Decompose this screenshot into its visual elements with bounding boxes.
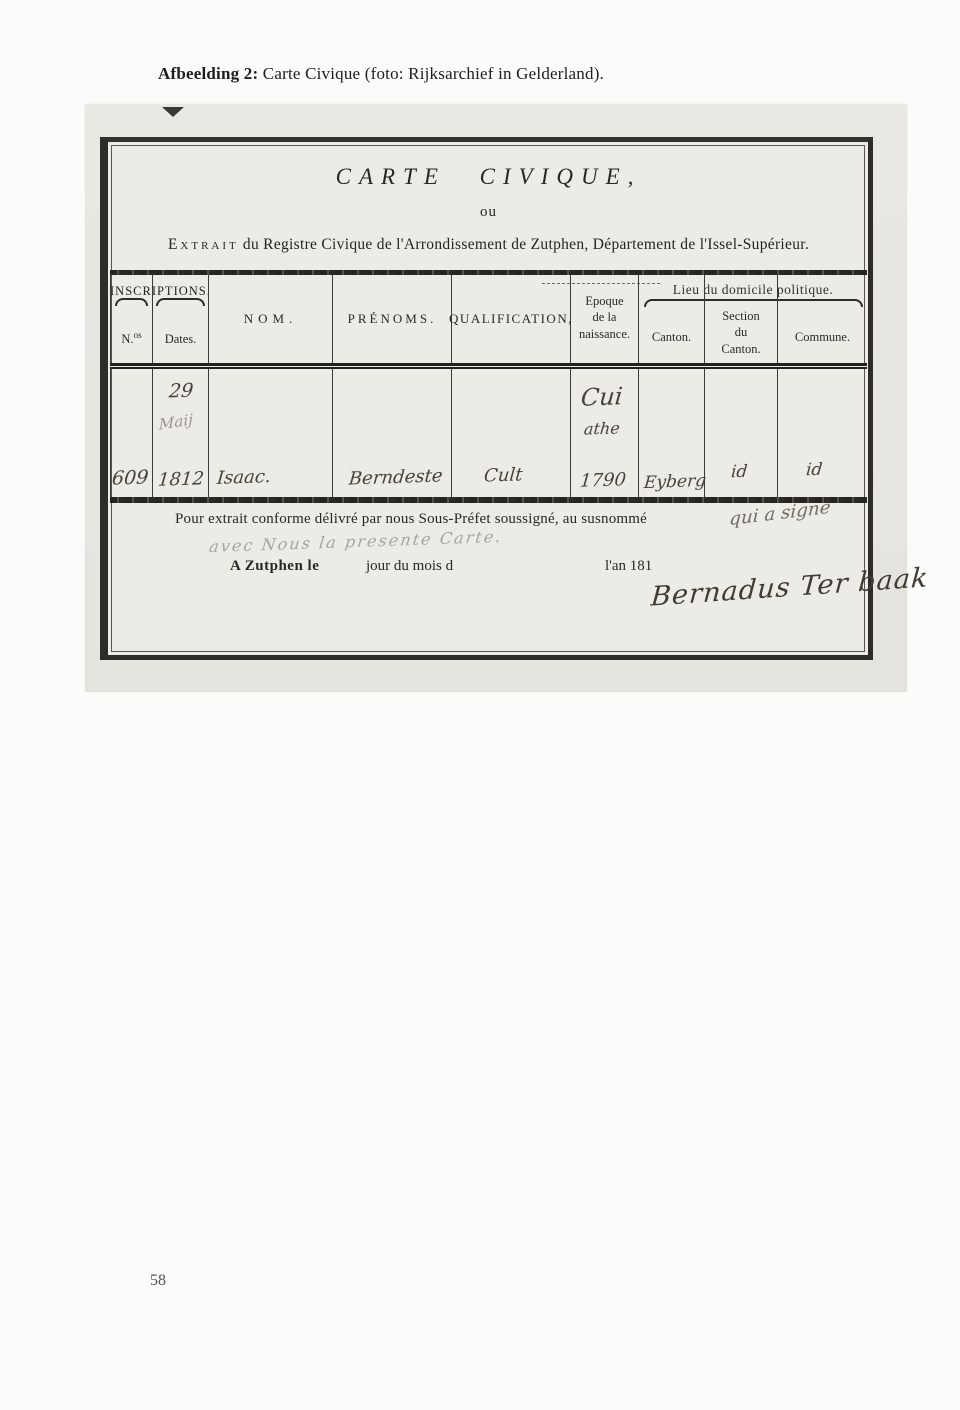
- handwritten-epoque-note-2: athe: [583, 420, 620, 437]
- document-title: CARTE CIVIQUE,: [108, 164, 849, 190]
- page-number: 58: [150, 1272, 166, 1290]
- handwritten-epoque-note-1: Cui: [580, 384, 624, 409]
- handwritten-day: 29: [168, 382, 194, 402]
- handwritten-signature: Bernadus Ter baak: [650, 564, 929, 610]
- registry-table: INSCRIPTIONS. Lieu du domicile politique…: [110, 270, 867, 503]
- table-header-row: INSCRIPTIONS. Lieu du domicile politique…: [110, 275, 867, 363]
- header-cell-epoque: Epoque de la naissance.: [571, 275, 639, 363]
- lan-line: l'an 181: [605, 558, 652, 575]
- handwritten-birth-year: 1790: [579, 471, 627, 491]
- header-cell-qualification: QUALIFICATION,: [452, 275, 571, 363]
- commune-label: Commune.: [778, 275, 867, 363]
- header-cell-canton: Canton.: [639, 275, 705, 363]
- header-cell-commune: Commune.: [778, 275, 867, 363]
- header-cell-prenoms: PRÉNOMS.: [333, 275, 452, 363]
- table-entry-row: 609 29 Maij 1812 Isaac. Berndeste Cult: [110, 369, 867, 497]
- table-bottom-rule: [110, 497, 867, 503]
- document-subtitle: Extrait du Registre Civique de l'Arrondi…: [108, 236, 849, 254]
- cell-commune: id: [778, 369, 867, 497]
- document-ou: ou: [108, 204, 849, 221]
- book-page: { "colors": { "page_bg": "#fbfbf9", "pho…: [0, 0, 960, 1410]
- photo-corner-marker: [162, 107, 184, 117]
- prenoms-label: PRÉNOMS.: [333, 275, 451, 363]
- cell-prenoms: Berndeste: [333, 369, 452, 497]
- handwritten-qui-a-signe: qui a signé: [729, 499, 831, 529]
- cell-dates: 29 Maij 1812: [153, 369, 209, 497]
- document-photo: CARTE CIVIQUE, ou Extrait du Registre Ci…: [85, 104, 907, 692]
- qualification-label: QUALIFICATION,: [452, 275, 570, 363]
- zutphen-line: A Zutphen le: [230, 558, 319, 575]
- canton-label: Canton.: [639, 275, 704, 363]
- figure-caption-number: Afbeelding 2:: [158, 64, 258, 83]
- header-cell-section: Section du Canton.: [705, 275, 778, 363]
- handwritten-avec-nous: avec Nous la presente Carte.: [208, 529, 503, 555]
- handwritten-number: 609: [111, 468, 149, 488]
- handwritten-canton: Eyberg: [643, 473, 707, 492]
- handwritten-date-year: 1812: [157, 470, 205, 490]
- nos-label-sup: os: [134, 330, 142, 340]
- jour-du-mois-line: jour du mois d: [366, 558, 453, 575]
- header-cell-dates: Dates.: [153, 275, 209, 363]
- extrait-smallcaps: Extrait: [168, 236, 239, 253]
- figure-caption: Afbeelding 2: Carte Civique (foto: Rijks…: [158, 64, 604, 84]
- cell-section: id: [705, 369, 778, 497]
- nos-label: N.: [121, 332, 133, 346]
- nom-label: NOM.: [209, 275, 332, 363]
- cell-nom: Isaac.: [209, 369, 333, 497]
- epoque-label: Epoque de la naissance.: [571, 275, 638, 363]
- handwritten-nom: Isaac.: [216, 468, 271, 488]
- cell-nos: 609: [110, 369, 153, 497]
- handwritten-section: id: [730, 464, 748, 482]
- dates-label: Dates.: [153, 275, 208, 363]
- cell-qualification: Cult: [452, 369, 571, 497]
- handwritten-commune: id: [805, 462, 823, 480]
- figure-caption-text: Carte Civique (foto: Rijksarchief in Gel…: [258, 64, 604, 83]
- handwritten-prenoms: Berndeste: [348, 467, 443, 488]
- extrait-rest: du Registre Civique de l'Arrondissement …: [239, 236, 809, 253]
- section-label: Section du Canton.: [705, 275, 777, 363]
- carte-civique-sheet: CARTE CIVIQUE, ou Extrait du Registre Ci…: [100, 137, 873, 660]
- handwritten-month: Maij: [159, 412, 193, 432]
- cell-epoque: Cui athe 1790: [571, 369, 639, 497]
- cell-canton: Eyberg: [639, 369, 705, 497]
- handwritten-qualification: Cult: [483, 466, 523, 485]
- pour-extrait-line: Pour extrait conforme délivré par nous S…: [175, 511, 647, 528]
- header-cell-nos: N.os: [110, 275, 153, 363]
- header-cell-nom: NOM.: [209, 275, 333, 363]
